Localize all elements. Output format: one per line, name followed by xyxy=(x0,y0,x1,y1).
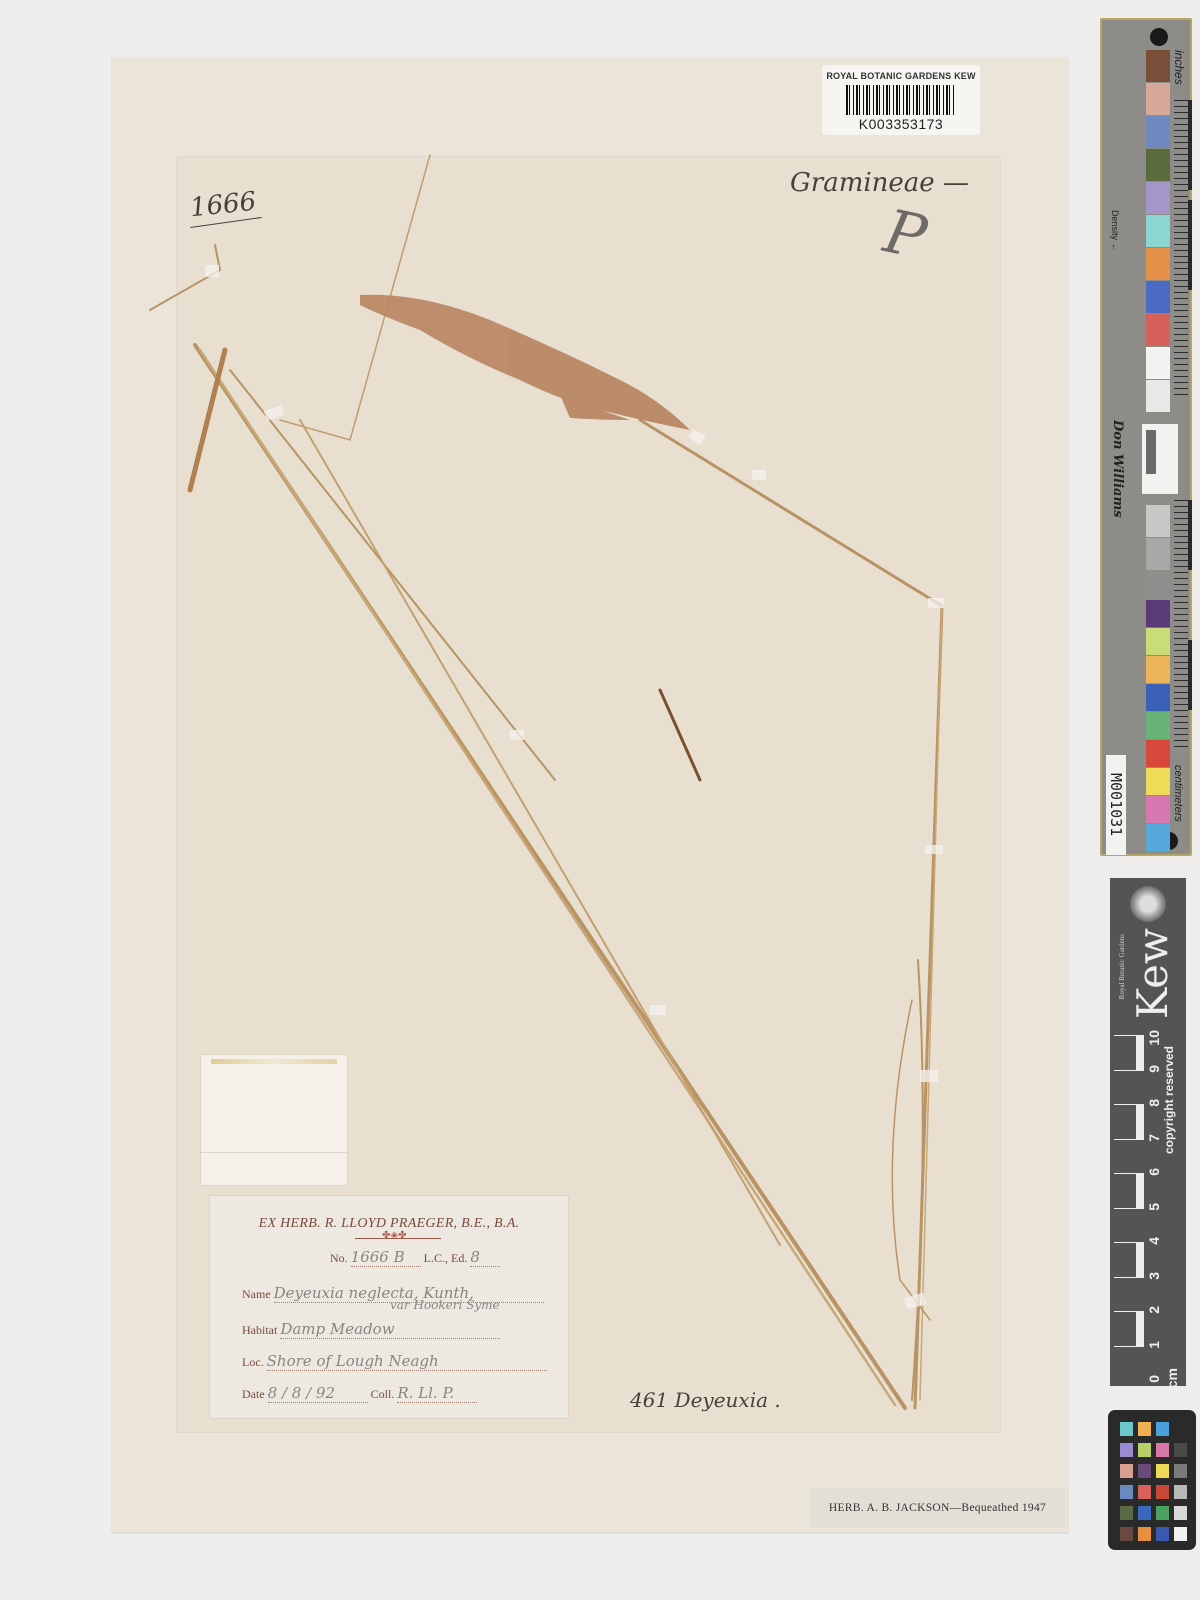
scale-block xyxy=(1114,1346,1144,1381)
kew-crest-icon xyxy=(1130,886,1166,922)
scale-block xyxy=(1114,1208,1144,1243)
scale-block xyxy=(1114,1173,1144,1208)
blank-label xyxy=(201,1055,347,1185)
color-swatch xyxy=(1138,1464,1151,1478)
scale-block xyxy=(1114,1242,1144,1277)
color-patch xyxy=(1146,712,1170,739)
scale-numbers: 109876543210cm xyxy=(1146,1028,1162,1386)
color-swatch xyxy=(1174,1527,1187,1541)
scale-unit-label: cm xyxy=(1164,1368,1180,1388)
color-swatch xyxy=(1138,1443,1151,1457)
color-swatch xyxy=(1156,1443,1169,1457)
label-row-date: Date 8 / 8 / 92 Coll. R. Ll. P. xyxy=(242,1384,477,1403)
scale-bar xyxy=(1188,100,1192,190)
ruler-id: M001031 xyxy=(1106,755,1126,855)
scale-tick-label: 2 xyxy=(1146,1306,1162,1314)
scale-tick-label: 4 xyxy=(1146,1237,1162,1245)
color-swatch xyxy=(1138,1485,1151,1499)
provenance-strip: HERB. A. B. JACKSON—Bequeathed 1947 xyxy=(810,1488,1065,1528)
color-patch xyxy=(1146,215,1170,247)
color-swatch xyxy=(1120,1422,1133,1436)
ruler-hole-icon xyxy=(1150,28,1168,46)
name-value-line2: var Hookeri Syme xyxy=(390,1298,500,1312)
color-patch xyxy=(1146,116,1170,148)
herbarium-label: EX HERB. R. LLOYD PRAEGER, B.E., B.A. ✤◈… xyxy=(210,1196,568,1418)
color-swatch xyxy=(1156,1506,1169,1520)
color-patch xyxy=(1146,182,1170,214)
scale-tick-label: 7 xyxy=(1146,1134,1162,1142)
scale-tick-label: 1 xyxy=(1146,1341,1162,1349)
color-swatch xyxy=(1156,1485,1169,1499)
color-swatch xyxy=(1120,1464,1133,1478)
scale-block xyxy=(1114,1277,1144,1312)
cm-scale xyxy=(1174,500,1188,750)
barcode-number: K003353173 xyxy=(822,116,980,132)
family-annotation: Gramineae — xyxy=(790,168,969,198)
color-patch xyxy=(1146,149,1170,181)
scale-bar xyxy=(1188,200,1192,290)
copyright-text: copyright reserved xyxy=(1162,1046,1176,1154)
label-row-habitat: Habitat Damp Meadow xyxy=(242,1320,500,1339)
color-swatch xyxy=(1138,1506,1151,1520)
color-swatch xyxy=(1138,1527,1151,1541)
color-swatch xyxy=(1174,1485,1187,1499)
inch-scale xyxy=(1174,100,1188,400)
gray-gauge xyxy=(1142,424,1178,494)
scale-block xyxy=(1114,1104,1144,1139)
scale-tick-label: 9 xyxy=(1146,1065,1162,1073)
genus-note: 461 Deyeuxia . xyxy=(630,1388,781,1412)
color-patch xyxy=(1146,248,1170,280)
color-patch xyxy=(1146,656,1170,683)
color-swatch xyxy=(1156,1464,1169,1478)
collector-value: R. Ll. P. xyxy=(397,1384,454,1402)
color-patch xyxy=(1146,347,1170,379)
ruler-brand: Don Williams xyxy=(1110,420,1125,518)
color-swatch xyxy=(1174,1443,1187,1457)
kew-logo: Kew xyxy=(1128,928,1177,1019)
color-patch xyxy=(1146,824,1170,851)
color-patch xyxy=(1146,380,1170,412)
scale-tick-label: 0 xyxy=(1146,1375,1162,1383)
centimeters-label: centimeters xyxy=(1172,765,1184,822)
color-swatch xyxy=(1156,1422,1169,1436)
locality-value: Shore of Lough Neagh xyxy=(267,1352,439,1370)
scale-tick-label: 3 xyxy=(1146,1272,1162,1280)
label-row-locality: Loc. Shore of Lough Neagh xyxy=(242,1352,547,1371)
institution-name: ROYAL BOTANIC GARDENS KEW xyxy=(822,71,980,81)
color-swatch xyxy=(1120,1527,1133,1541)
color-patch xyxy=(1146,571,1170,603)
color-patch xyxy=(1146,600,1170,627)
date-value: 8 / 8 / 92 xyxy=(268,1384,335,1402)
color-patch xyxy=(1146,628,1170,655)
color-patch xyxy=(1146,538,1170,570)
color-patch xyxy=(1146,796,1170,823)
color-patch xyxy=(1146,314,1170,346)
label-fold xyxy=(201,1152,347,1153)
color-swatch xyxy=(1174,1464,1187,1478)
color-calibration-ruler: inches Density ← Don Williams centimeter… xyxy=(1100,18,1192,856)
kew-subtitle: Royal Botanic Gardens xyxy=(1118,934,1126,999)
color-swatch xyxy=(1120,1485,1133,1499)
color-swatch xyxy=(1120,1443,1133,1457)
number-value: 1666 B xyxy=(351,1248,405,1266)
barcode-icon xyxy=(846,85,956,115)
label-row-name-line2: var Hookeri Syme xyxy=(390,1298,500,1313)
color-swatch xyxy=(1174,1506,1187,1520)
habitat-value: Damp Meadow xyxy=(280,1320,394,1338)
scale-block xyxy=(1114,1035,1144,1070)
color-patch xyxy=(1146,740,1170,767)
color-patch xyxy=(1146,505,1170,537)
inches-label: inches xyxy=(1172,50,1186,85)
color-patch xyxy=(1146,83,1170,115)
scale-tick-label: 5 xyxy=(1146,1203,1162,1211)
tape-stain xyxy=(211,1059,337,1064)
color-swatch xyxy=(1138,1422,1151,1436)
color-swatch xyxy=(1156,1527,1169,1541)
barcode-label: ROYAL BOTANIC GARDENS KEW K003353173 xyxy=(822,65,980,135)
kew-scale-bar: Kew Royal Botanic Gardens copyright rese… xyxy=(1110,878,1186,1386)
scale-bar xyxy=(1188,500,1192,570)
scale-bar xyxy=(1188,640,1192,710)
scale-block xyxy=(1114,1070,1144,1105)
edition-value: 8 xyxy=(470,1248,480,1266)
scale-tick-label: 8 xyxy=(1146,1099,1162,1107)
label-row-number: No. 1666 B L.C., Ed. 8 xyxy=(330,1248,500,1267)
color-swatch xyxy=(1120,1506,1133,1520)
color-patch xyxy=(1146,768,1170,795)
scale-tick-label: 10 xyxy=(1146,1030,1162,1046)
scale-tick-label: 6 xyxy=(1146,1168,1162,1176)
ornament-icon: ✤◈✤ xyxy=(382,1230,406,1241)
color-patch xyxy=(1146,50,1170,82)
scale-block xyxy=(1114,1311,1144,1346)
color-checker-card xyxy=(1108,1410,1196,1550)
scale-blocks xyxy=(1114,1035,1144,1380)
color-patch xyxy=(1146,684,1170,711)
color-patch xyxy=(1146,281,1170,313)
scale-block xyxy=(1114,1139,1144,1174)
density-label: Density ← xyxy=(1110,210,1120,252)
